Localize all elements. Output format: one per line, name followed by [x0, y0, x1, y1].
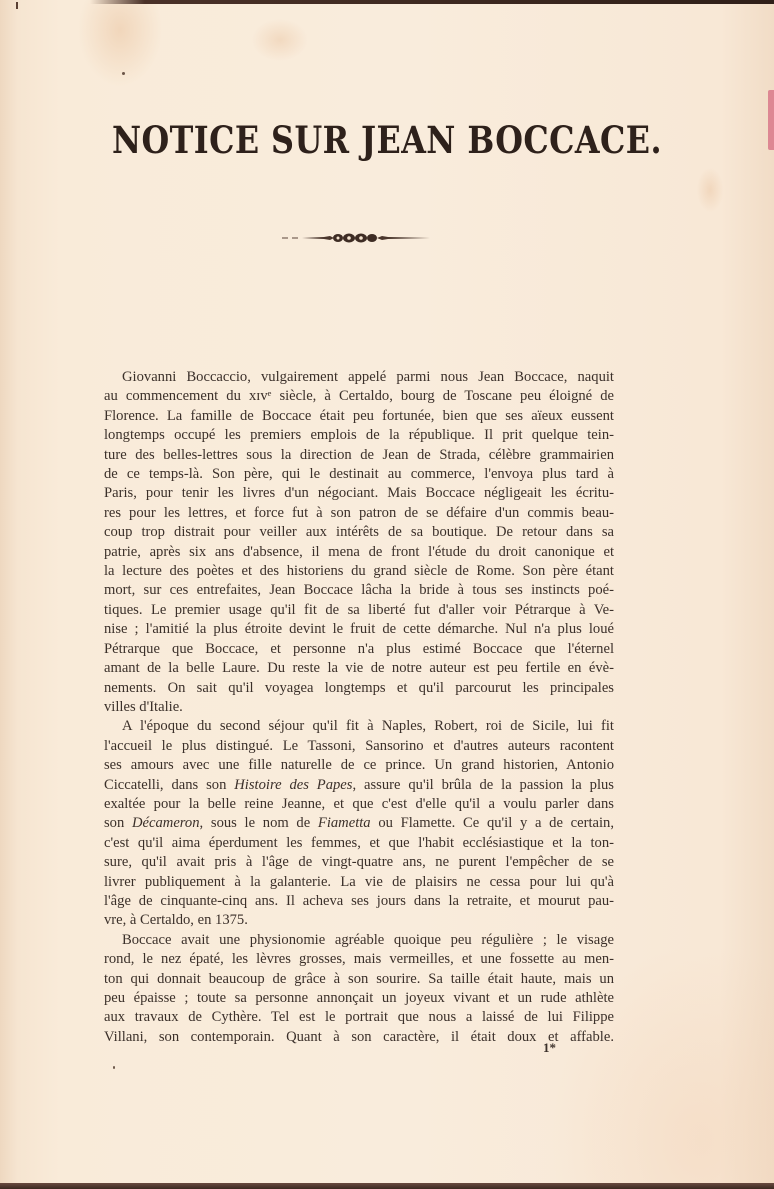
page-tab-mark — [768, 90, 774, 150]
text-line: tiques. Le premier usage qu'il fit de sa… — [104, 601, 614, 620]
text-fragment: , assure qu'il brûla de la passion la pl… — [352, 777, 614, 793]
text-line: rond, le nez épaté, les lèvres grosses, … — [104, 950, 614, 969]
text-line: nise ; l'amitié la plus étroite devint l… — [104, 620, 614, 639]
page-top-edge — [90, 0, 774, 4]
text-line: ses amours avec une fille naturelle de c… — [104, 756, 614, 775]
text-line: c'est qu'il aima éperdument les femmes, … — [104, 834, 614, 853]
text-line: A l'époque du second séjour qu'il fit à … — [104, 717, 614, 736]
text-line: mort, sur ces entrefaites, Jean Boccace … — [104, 581, 614, 600]
text-line: villes d'Italie. — [104, 698, 614, 717]
text-fragment: ou Flamette. Ce qu'il y a de certain, — [371, 815, 614, 831]
paragraph-2: A l'époque du second séjour qu'il fit à … — [104, 717, 614, 930]
text-line-with-italic: Ciccatelli, dans son Histoire des Papes,… — [104, 776, 614, 795]
text-line: sure, qu'il avait pris à l'âge de vingt-… — [104, 853, 614, 872]
text-line: Florence. La famille de Boccace était pe… — [104, 407, 614, 426]
text-line: de ce temps-là. Son père, qui le destina… — [104, 465, 614, 484]
text-line: longtemps occupé les premiers emplois de… — [104, 426, 614, 445]
text-line: la lecture des poètes et des historiens … — [104, 562, 614, 581]
foxing-spot — [122, 72, 125, 75]
text-line: Paris, pour tenir les livres d'un négoci… — [104, 484, 614, 503]
notice-body: Giovanni Boccaccio, vulgairement appelé … — [104, 368, 614, 1047]
text-fragment: , sous le nom de — [200, 815, 318, 831]
decorative-ornament-icon — [282, 232, 432, 244]
text-line: livrer publiquement à la galanterie. La … — [104, 873, 614, 892]
paragraph-1: Giovanni Boccaccio, vulgairement appelé … — [104, 368, 614, 717]
text-line: Giovanni Boccaccio, vulgairement appelé … — [104, 368, 614, 387]
italic-title: Décameron — [132, 815, 200, 831]
text-line: vre, à Certaldo, en 1375. — [104, 911, 614, 930]
text-line: Pétrarque que Boccace, et personne n'a p… — [104, 640, 614, 659]
text-line: ton qui donnait beaucoup de grâce à son … — [104, 970, 614, 989]
text-line: exaltée pour la belle reine Jeanne, et q… — [104, 795, 614, 814]
text-line: patrie, après six ans d'absence, il mena… — [104, 543, 614, 562]
italic-name: Fiametta — [318, 815, 371, 831]
italic-title: Histoire des Papes — [234, 777, 352, 793]
text-line: Villani, son contemporain. Quant à son c… — [104, 1028, 614, 1047]
text-line: peu épaisse ; toute sa personne annonçai… — [104, 989, 614, 1008]
text-line: aux travaux de Cythère. Tel est le portr… — [104, 1008, 614, 1027]
text-line: ture des belles-lettres sous la directio… — [104, 446, 614, 465]
scanned-page: NOTICE SUR JEAN BOCCACE. Giovanni Boccac… — [0, 0, 774, 1189]
text-line: au commencement du xɪvᵉ siècle, à Certal… — [104, 387, 614, 406]
text-fragment: Ciccatelli, dans son — [104, 777, 234, 793]
text-line-with-italic: son Décameron, sous le nom de Fiametta o… — [104, 814, 614, 833]
foxing-spot — [113, 1066, 115, 1069]
text-line: Boccace avait une physionomie agréable q… — [104, 931, 614, 950]
page-title: NOTICE SUR JEAN BOCCACE. — [92, 118, 682, 162]
signature-mark: 1* — [543, 1040, 556, 1056]
text-fragment: son — [104, 815, 132, 831]
text-line: l'âge de cinquante-cinq ans. Il acheva s… — [104, 892, 614, 911]
text-line: l'accueil le plus distingué. Le Tassoni,… — [104, 737, 614, 756]
text-line: amant de la belle Laure. Du reste la vie… — [104, 659, 614, 678]
text-line: res pour les lettres, et force fut à son… — [104, 504, 614, 523]
text-line: nements. On sait qu'il voyagea longtemps… — [104, 679, 614, 698]
corner-mark — [16, 2, 18, 9]
page-bottom-edge — [0, 1183, 774, 1189]
text-line: coup trop distrait pour veiller aux inté… — [104, 523, 614, 542]
paragraph-3: Boccace avait une physionomie agréable q… — [104, 931, 614, 1047]
